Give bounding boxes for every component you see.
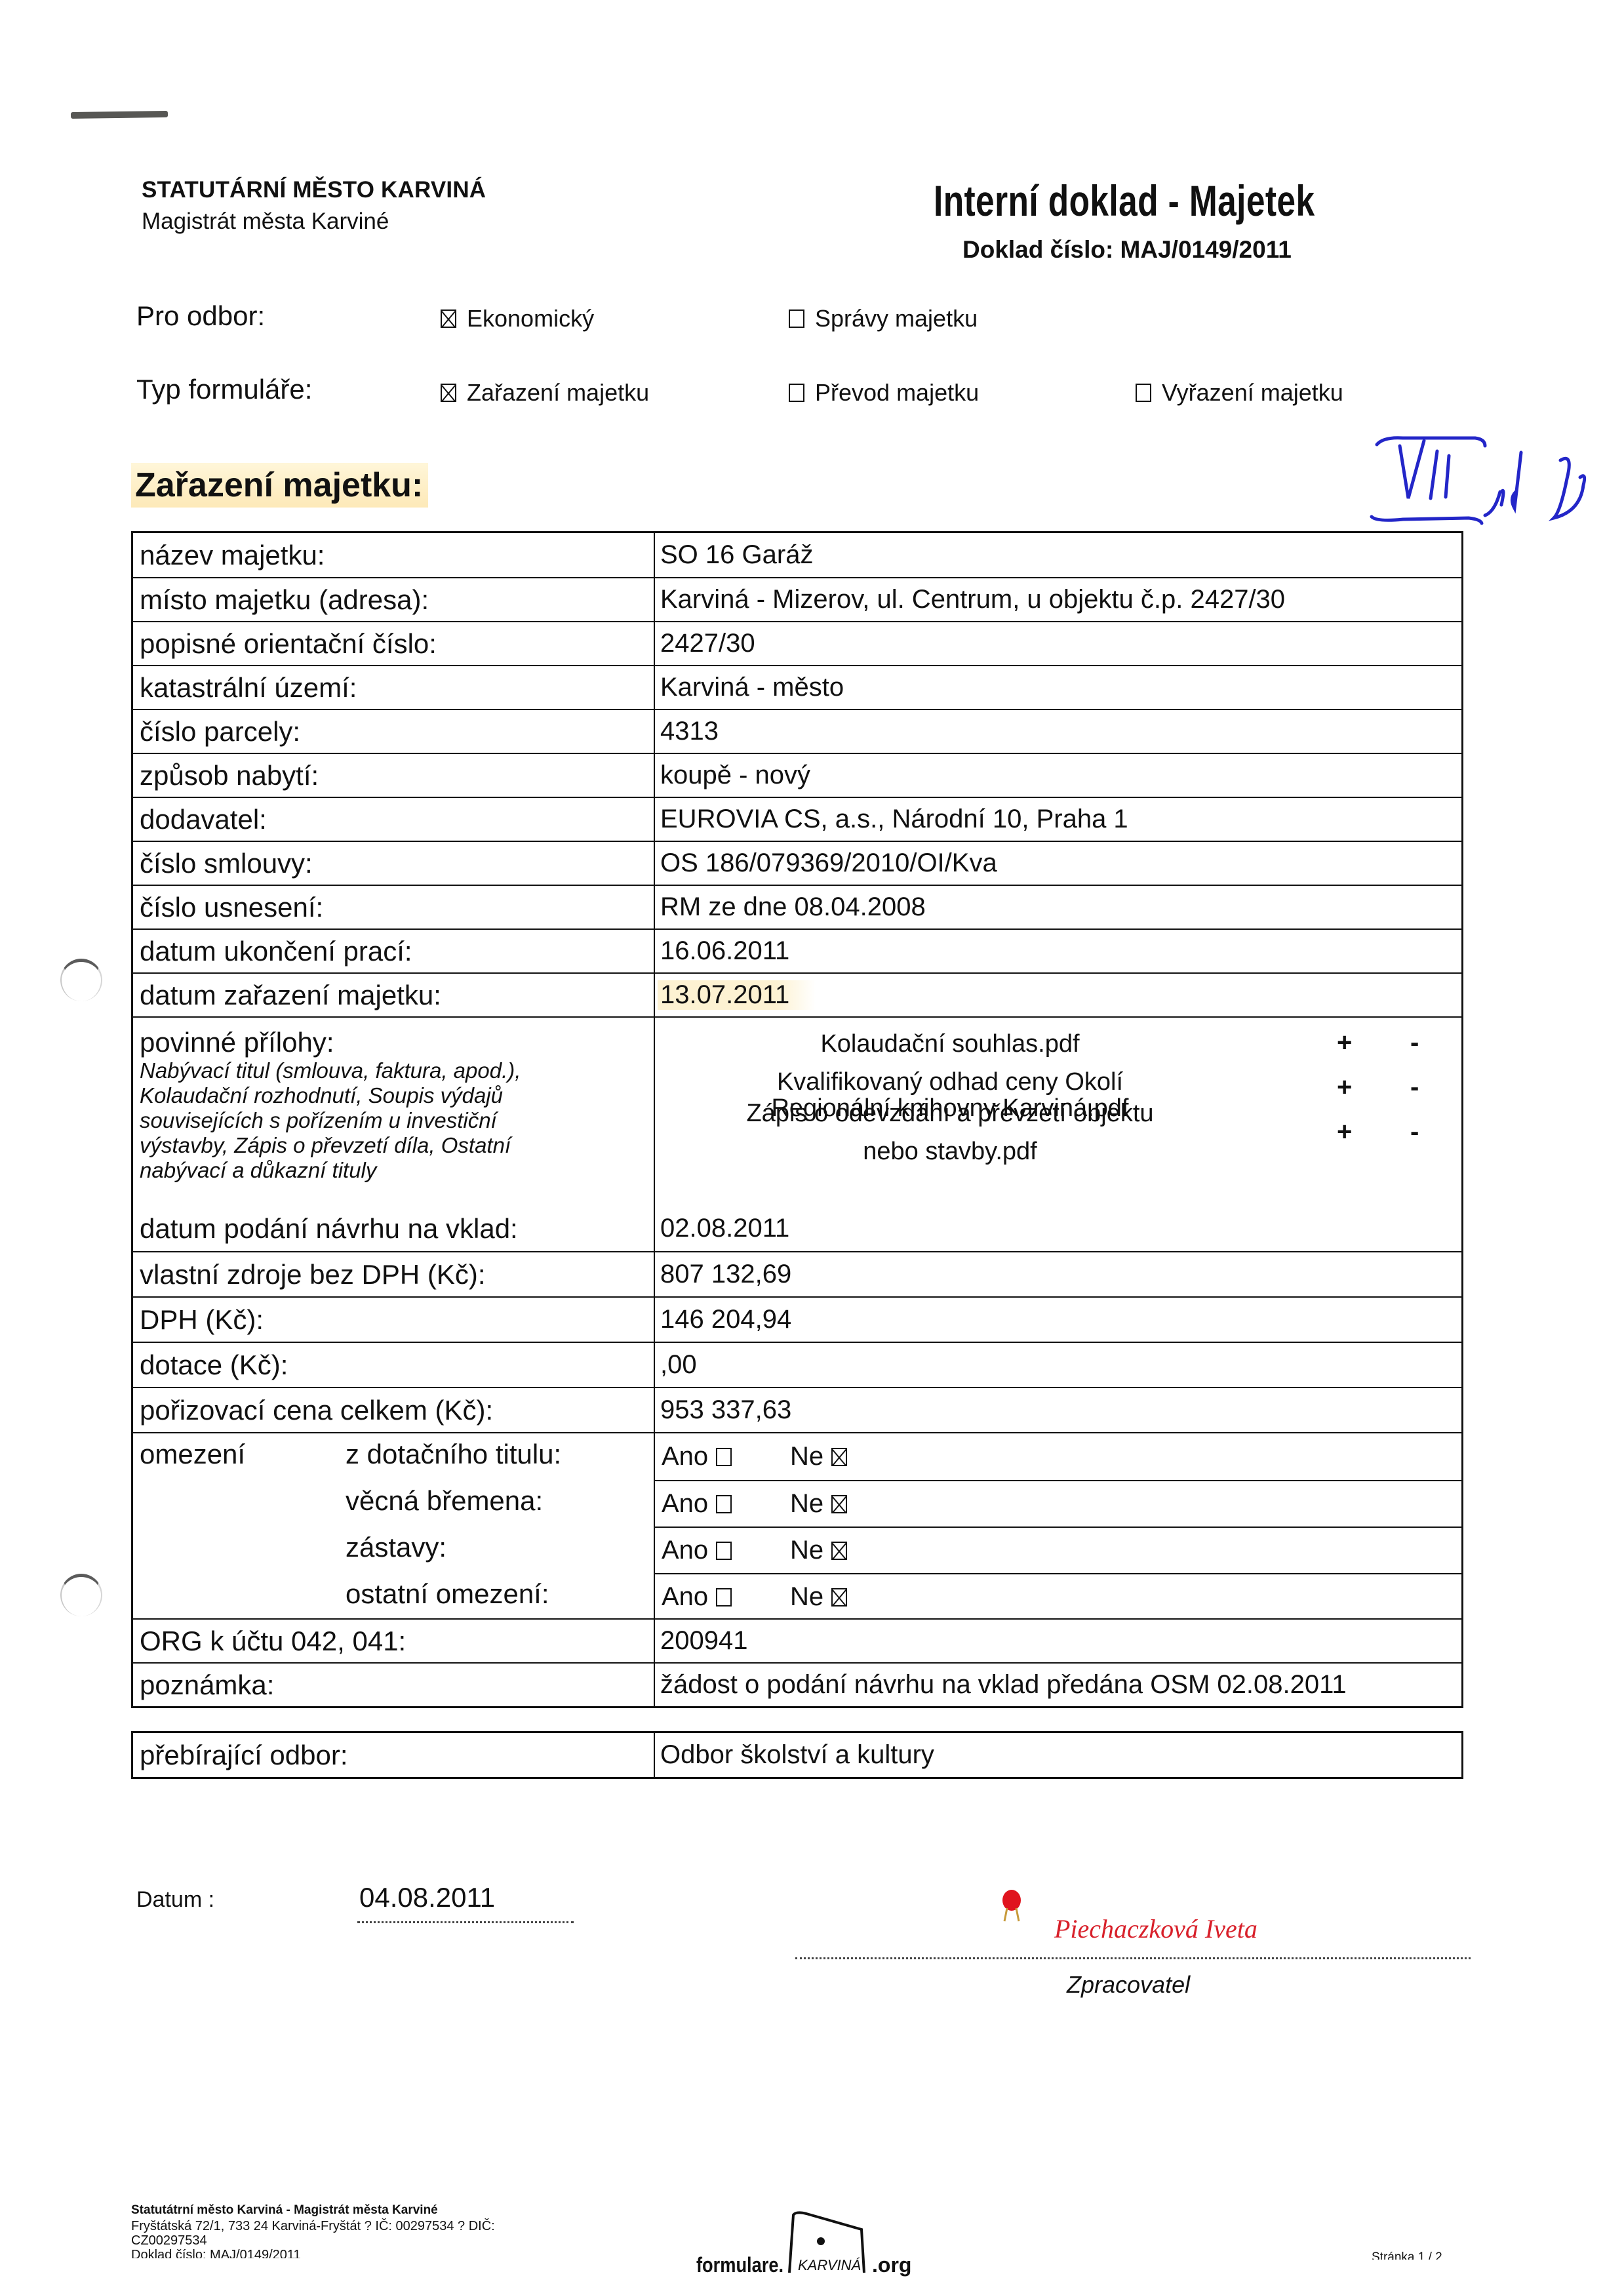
hint-line: Kolaudační rozhodnutí, Soupis výdajů <box>140 1083 521 1108</box>
punch-hole-mark <box>60 959 102 1001</box>
date-dotted-line <box>357 1921 574 1923</box>
omezeni-label-cell: omezení z dotačního titulu: věcná břemen… <box>133 1433 655 1618</box>
field-value: 13.07.2011 <box>655 974 1461 1016</box>
attachment-file-3[interactable]: Zápis o odevzdání a převzetí objektu neb… <box>655 1099 1245 1166</box>
remove-attachment-button[interactable]: - <box>1410 1028 1419 1058</box>
file-name: Zápis o odevzdání a převzetí objektu <box>655 1099 1245 1128</box>
option-prevod-majetku[interactable]: Převod majetku <box>789 379 979 407</box>
field-value: 953 337,63 <box>655 1388 1461 1432</box>
field-label: datum ukončení prací: <box>133 930 655 972</box>
field-label: vlastní zdroje bez DPH (Kč): <box>133 1252 655 1296</box>
field-value: RM ze dne 08.04.2008 <box>655 886 1461 928</box>
logo-text-mid: KARVINÁ <box>798 2257 861 2274</box>
checkbox-zarazeni-majetku[interactable] <box>441 384 456 402</box>
org-name: STATUTÁRNÍ MĚSTO KARVINÁ <box>142 177 486 203</box>
option-label: Ekonomický <box>467 305 594 332</box>
field-label: číslo parcely: <box>133 710 655 753</box>
ano-option[interactable]: Ano <box>662 1536 790 1565</box>
checkbox-prevod-majetku[interactable] <box>789 384 804 402</box>
table-row: dodavatel:EUROVIA CS, a.s., Národní 10, … <box>133 797 1461 841</box>
field-value: 16.06.2011 <box>655 930 1461 972</box>
table-row: popisné orientační číslo:2427/30 <box>133 621 1461 665</box>
table-row: vlastní zdroje bez DPH (Kč):807 132,69 <box>133 1251 1461 1296</box>
footer-vat: CZ00297534 <box>131 2233 207 2248</box>
table-row: pořizovací cena celkem (Kč):953 337,63 <box>133 1387 1461 1432</box>
attachments-files-cell: Kolaudační souhlas.pdf Kvalifikovaný odh… <box>655 1018 1461 1206</box>
poznamka-label: poznámka: <box>133 1664 655 1706</box>
ano-label: Ano <box>662 1582 708 1612</box>
hint-line: nabývací a důkazní tituly <box>140 1158 521 1183</box>
document-number: Doklad číslo: MAJ/0149/2011 <box>962 236 1292 264</box>
footer-org: Statutátrní město Karviná - Magistrát mě… <box>131 2203 438 2218</box>
table-row: DPH (Kč):146 204,94 <box>133 1296 1461 1342</box>
field-value: 807 132,69 <box>655 1252 1461 1296</box>
seal-icon <box>1000 1888 1023 1923</box>
table-row: datum podání návrhu na vklad:02.08.2011 <box>133 1206 1461 1251</box>
logo-text-right: .org <box>872 2253 911 2277</box>
org-value: 200941 <box>655 1620 1461 1662</box>
table-row: datum ukončení prací:16.06.2011 <box>133 928 1461 972</box>
signature-dotted-line <box>795 1957 1471 1959</box>
signer-role: Zpracovatel <box>1067 1971 1190 1999</box>
omezeni-choice-row: AnoNe <box>655 1480 1461 1527</box>
omezeni-item-label: z dotačního titulu: <box>346 1439 561 1470</box>
table-row: název majetku:SO 16 Garáž <box>133 533 1461 577</box>
attachments-hint: Nabývací titul (smlouva, faktura, apod.)… <box>140 1058 521 1183</box>
ano-checkbox[interactable] <box>716 1542 732 1560</box>
asset-table: název majetku:SO 16 Garážmísto majetku (… <box>131 531 1463 1708</box>
option-label: Zařazení majetku <box>467 379 649 407</box>
ne-option[interactable]: Ne <box>790 1536 847 1565</box>
field-value: 146 204,94 <box>655 1298 1461 1342</box>
pro-odbor-label: Pro odbor: <box>136 300 265 332</box>
hint-line: Nabývací titul (smlouva, faktura, apod.)… <box>140 1058 521 1083</box>
add-attachment-button[interactable]: + <box>1337 1117 1352 1147</box>
field-label: místo majetku (adresa): <box>133 578 655 621</box>
hint-line: souvisejících s pořízením u investiční <box>140 1108 521 1133</box>
footer-logo: formulare. KARVINÁ .org <box>696 2203 998 2275</box>
field-value: 4313 <box>655 710 1461 753</box>
omezeni-values-cell: AnoNeAnoNeAnoNeAnoNe <box>655 1433 1461 1618</box>
attachments-row: povinné přílohy: Nabývací titul (smlouva… <box>133 1016 1461 1206</box>
ne-option[interactable]: Ne <box>790 1489 847 1519</box>
field-label: dodavatel: <box>133 798 655 841</box>
table-row: číslo parcely:4313 <box>133 709 1461 753</box>
field-label: pořizovací cena celkem (Kč): <box>133 1388 655 1432</box>
option-label: Převod majetku <box>815 379 979 407</box>
signer-name: Piechaczková Iveta <box>1054 1913 1258 1944</box>
handwritten-note <box>1364 426 1619 531</box>
attachments-label-cell: povinné přílohy: Nabývací titul (smlouva… <box>133 1018 655 1206</box>
ne-checkbox[interactable] <box>831 1448 847 1466</box>
ano-option[interactable]: Ano <box>662 1489 790 1519</box>
prebirajici-label: přebírající odbor: <box>133 1733 655 1777</box>
ne-option[interactable]: Ne <box>790 1442 847 1471</box>
logo-text-left: formulare. <box>696 2253 783 2277</box>
org-subtitle: Magistrát města Karviné <box>142 209 389 235</box>
ne-checkbox[interactable] <box>831 1588 847 1606</box>
field-value: 2427/30 <box>655 622 1461 665</box>
field-label: způsob nabytí: <box>133 754 655 797</box>
omezeni-item-label: zástavy: <box>346 1532 446 1563</box>
field-value: Karviná - Mizerov, ul. Centrum, u objekt… <box>655 578 1461 621</box>
document-title: Interní doklad - Majetek <box>934 176 1315 226</box>
file-name: nebo stavby.pdf <box>655 1137 1245 1166</box>
scan-mark <box>71 111 168 119</box>
field-label: číslo smlouvy: <box>133 842 655 885</box>
field-value: ,00 <box>655 1343 1461 1387</box>
field-value: Karviná - město <box>655 666 1461 709</box>
ano-option[interactable]: Ano <box>662 1442 790 1471</box>
file-name: Kolaudační souhlas.pdf <box>655 1029 1245 1058</box>
punch-hole-mark <box>60 1574 102 1616</box>
omezeni-item-label: věcná břemena: <box>346 1485 543 1517</box>
ano-label: Ano <box>662 1536 708 1565</box>
table-row: datum zařazení majetku:13.07.2011 <box>133 972 1461 1016</box>
option-spravy-majetku[interactable]: Správy majetku <box>789 305 978 332</box>
table-row: dotace (Kč):,00 <box>133 1342 1461 1387</box>
typ-formulare-label: Typ formuláře: <box>136 374 312 405</box>
date-value: 04.08.2011 <box>359 1882 495 1913</box>
field-label: katastrální území: <box>133 666 655 709</box>
highlighted-value: 13.07.2011 <box>658 980 816 1010</box>
checkbox-spravy-majetku[interactable] <box>789 309 804 328</box>
add-attachment-button[interactable]: + <box>1337 1073 1352 1102</box>
ne-option[interactable]: Ne <box>790 1582 847 1612</box>
attachment-file-1[interactable]: Kolaudační souhlas.pdf <box>655 1029 1245 1058</box>
ano-option[interactable]: Ano <box>662 1582 790 1612</box>
checkbox-ekonomicky[interactable] <box>441 309 456 328</box>
org-label: ORG k účtu 042, 041: <box>133 1620 655 1662</box>
poznamka-row: poznámka: žádost o podání návrhu na vkla… <box>133 1662 1461 1706</box>
date-label: Datum : <box>136 1887 214 1913</box>
table-row: číslo smlouvy:OS 186/079369/2010/OI/Kva <box>133 841 1461 885</box>
option-ekonomicky[interactable]: Ekonomický <box>441 305 594 332</box>
footer-address: Fryštátská 72/1, 733 24 Karviná-Fryštát … <box>131 2219 495 2234</box>
file-name: Kvalifikovaný odhad ceny Okolí <box>655 1068 1245 1096</box>
checkbox-vyrazeni-majetku[interactable] <box>1136 384 1151 402</box>
omezeni-choice-row: AnoNe <box>655 1433 1461 1480</box>
table-row: číslo usnesení:RM ze dne 08.04.2008 <box>133 885 1461 928</box>
ano-checkbox[interactable] <box>716 1495 732 1513</box>
option-label: Správy majetku <box>815 305 978 332</box>
field-label: název majetku: <box>133 533 655 577</box>
ne-checkbox[interactable] <box>831 1542 847 1560</box>
field-value: EUROVIA CS, a.s., Národní 10, Praha 1 <box>655 798 1461 841</box>
option-vyrazeni-majetku[interactable]: Vyřazení majetku <box>1136 379 1343 407</box>
remove-attachment-button[interactable]: - <box>1410 1117 1419 1147</box>
ne-checkbox[interactable] <box>831 1495 847 1513</box>
prebirajici-row: přebírající odbor: Odbor školství a kult… <box>133 1733 1461 1777</box>
table-row: katastrální území:Karviná - město <box>133 665 1461 709</box>
omezeni-title: omezení <box>140 1439 245 1470</box>
table-row: způsob nabytí:koupě - nový <box>133 753 1461 797</box>
field-label: datum podání návrhu na vklad: <box>133 1206 655 1251</box>
prebirajici-value: Odbor školství a kultury <box>655 1733 1461 1777</box>
attachments-label: povinné přílohy: <box>140 1027 334 1058</box>
option-zarazeni-majetku[interactable]: Zařazení majetku <box>441 379 649 407</box>
field-value: SO 16 Garáž <box>655 533 1461 577</box>
org-row: ORG k účtu 042, 041: 200941 <box>133 1618 1461 1662</box>
ne-label: Ne <box>790 1442 823 1471</box>
poznamka-value: žádost o podání návrhu na vklad předána … <box>655 1664 1461 1706</box>
footer-doc-number: Doklad číslo: MAJ/0149/2011 <box>131 2248 301 2258</box>
hint-line: výstavby, Zápis o převzetí díla, Ostatní <box>140 1133 521 1158</box>
table-row: místo majetku (adresa):Karviná - Mizerov… <box>133 577 1461 621</box>
field-label: dotace (Kč): <box>133 1343 655 1387</box>
field-value: 02.08.2011 <box>655 1206 1461 1251</box>
field-label: datum zařazení majetku: <box>133 974 655 1016</box>
omezeni-choice-row: AnoNe <box>655 1527 1461 1573</box>
omezeni-row: omezení z dotačního titulu: věcná břemen… <box>133 1432 1461 1618</box>
section-title: Zařazení majetku: <box>131 463 428 508</box>
option-label: Vyřazení majetku <box>1162 379 1343 407</box>
ne-label: Ne <box>790 1582 823 1612</box>
remove-attachment-button[interactable]: - <box>1410 1073 1419 1102</box>
omezeni-choice-row: AnoNe <box>655 1573 1461 1620</box>
ano-label: Ano <box>662 1442 708 1471</box>
add-attachment-button[interactable]: + <box>1337 1028 1352 1058</box>
field-value: OS 186/079369/2010/OI/Kva <box>655 842 1461 885</box>
ne-label: Ne <box>790 1536 823 1565</box>
field-label: popisné orientační číslo: <box>133 622 655 665</box>
ano-checkbox[interactable] <box>716 1588 732 1606</box>
omezeni-item-label: ostatní omezení: <box>346 1578 549 1610</box>
ano-label: Ano <box>662 1489 708 1519</box>
receiving-department-table: přebírající odbor: Odbor školství a kult… <box>131 1731 1463 1779</box>
field-label: číslo usnesení: <box>133 886 655 928</box>
ano-checkbox[interactable] <box>716 1448 732 1466</box>
field-value: koupě - nový <box>655 754 1461 797</box>
field-label: DPH (Kč): <box>133 1298 655 1342</box>
ne-label: Ne <box>790 1489 823 1519</box>
page-number: Stránka 1 / 2 <box>1372 2250 1442 2260</box>
